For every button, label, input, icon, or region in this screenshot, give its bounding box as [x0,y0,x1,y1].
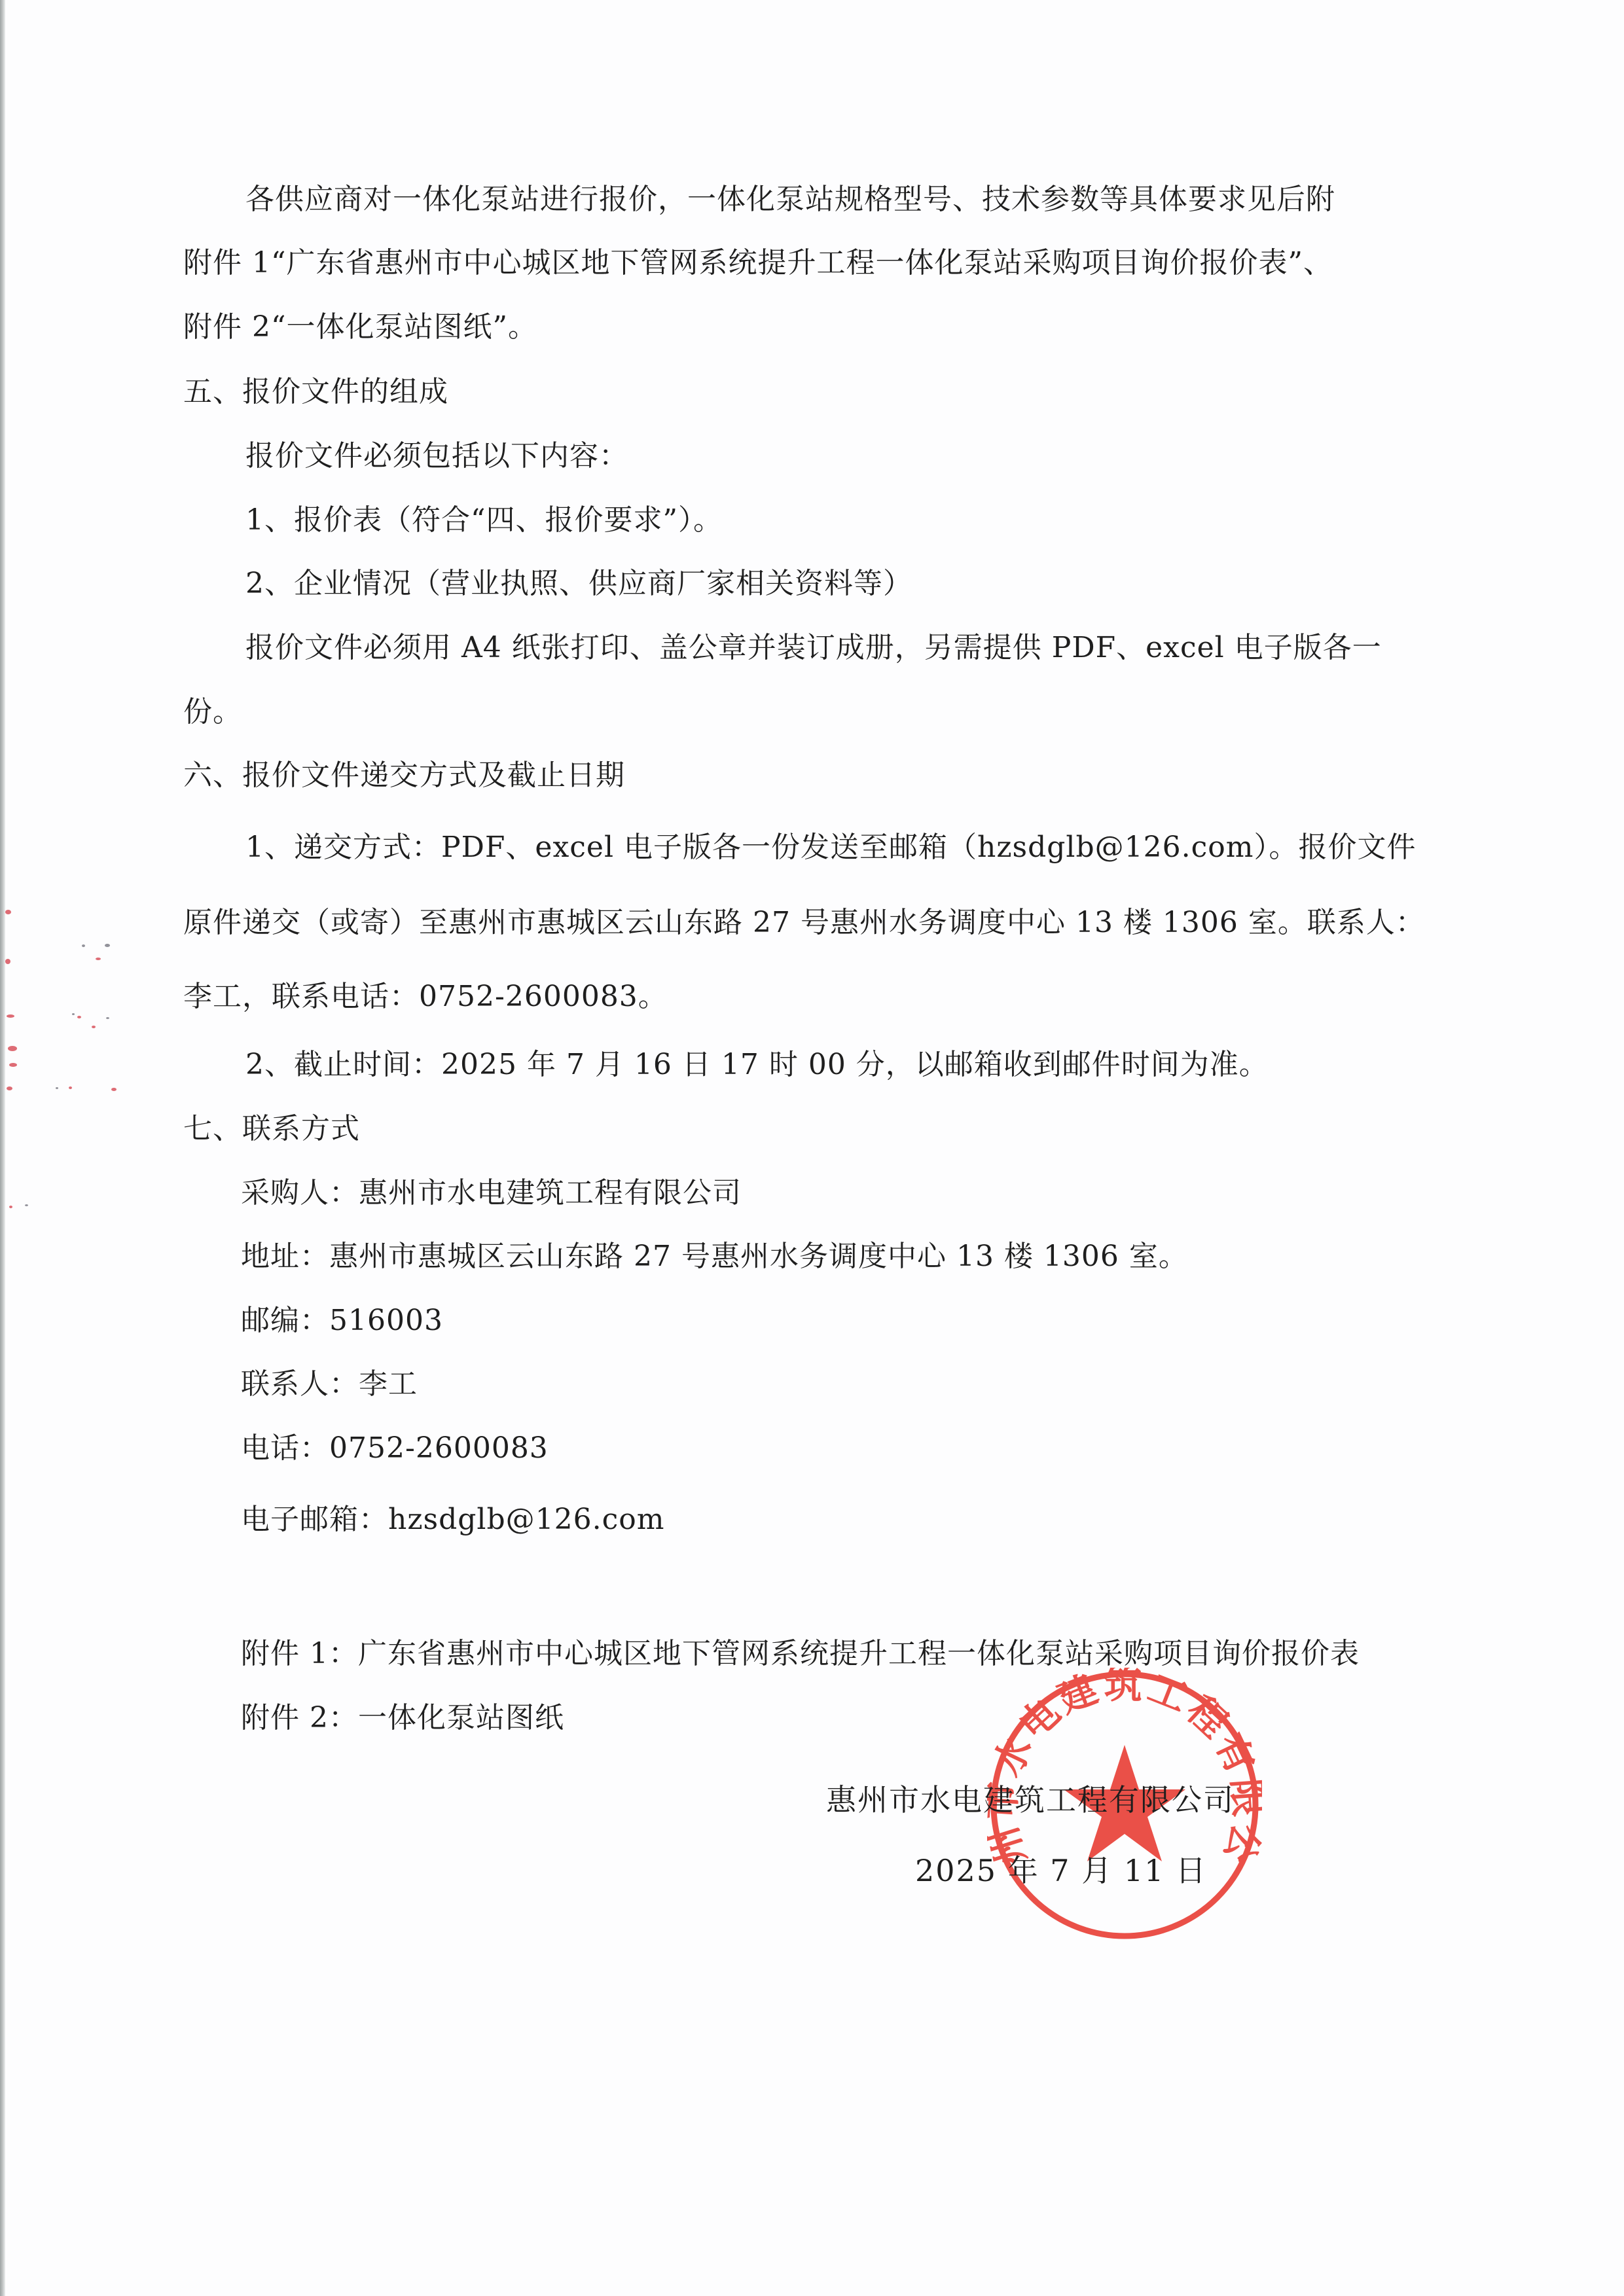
section-6-item-1-line-2: 原件递交（或寄）至惠州市惠城区云山东路 27 号惠州水务调度中心 13 楼 13… [183,903,1425,942]
section-6-item-1-line-3: 李工，联系电话：0752-2600083。 [183,977,668,1016]
section-6-item-1-line-1: 1、递交方式：PDF、excel 电子版各一份发送至邮箱（hzsdglb@126… [245,828,1416,867]
attachment-1: 附件 1：广东省惠州市中心城区地下管网系统提升工程一体化泵站采购项目询价报价表 [241,1634,1360,1674]
section-5-note-line-1: 报价文件必须用 A4 纸张打印、盖公章并装订成册，另需提供 PDF、excel … [245,628,1382,668]
scan-speck [5,910,11,914]
intro-line-2: 附件 1“广东省惠州市中心城区地下管网系统提升工程一体化泵站采购项目询价报价表”… [183,243,1333,283]
scan-speck [8,1046,17,1051]
document-page: 各供应商对一体化泵站进行报价，一体化泵站规格型号、技术参数等具体要求见后附 附件… [0,0,1624,2296]
section-7-heading: 七、联系方式 [183,1109,360,1149]
scan-speck [9,1206,12,1208]
scan-binding-edge [0,0,5,2296]
scan-speck [92,1026,96,1028]
scan-speck [9,1063,17,1067]
section-5-heading: 五、报价文件的组成 [183,372,448,412]
scan-speck [25,1204,28,1206]
section-5-note-line-2: 份。 [183,692,242,732]
scan-speck [82,944,85,947]
signature-date: 2025 年 7 月 11 日 [915,1851,1207,1890]
scan-speck [56,1087,58,1089]
section-5-item-1: 1、报价表（符合“四、报价要求”）。 [245,501,723,540]
signature-company: 惠州市水电建筑工程有限公司 [826,1780,1235,1820]
postcode-line: 邮编：516003 [241,1301,443,1340]
contact-person-line: 联系人：李工 [241,1365,418,1404]
phone-line: 电话：0752-2600083 [241,1429,549,1468]
scan-speck [72,1013,75,1015]
scan-speck [111,1088,117,1091]
section-5-item-2: 2、企业情况（营业执照、供应商厂家相关资料等） [245,564,912,603]
intro-line-1: 各供应商对一体化泵站进行报价，一体化泵站规格型号、技术参数等具体要求见后附 [245,180,1335,219]
scan-speck [7,1014,14,1018]
email-line: 电子邮箱：hzsdglb@126.com [241,1500,665,1539]
section-6-item-2: 2、截止时间：2025 年 7 月 16 日 17 时 00 分，以邮箱收到邮件… [245,1045,1269,1085]
scan-speck [106,1017,109,1019]
scan-speck [96,958,101,960]
scan-speck [105,944,110,947]
address-line: 地址：惠州市惠城区云山东路 27 号惠州水务调度中心 13 楼 1306 室。 [241,1237,1188,1276]
scan-speck [7,1086,12,1090]
section-6-heading: 六、报价文件递交方式及截止日期 [183,756,625,795]
scan-speck [69,1086,72,1089]
seal-text: 惠州市水电建筑工程有限公司 [987,1668,1262,1871]
section-5-lead: 报价文件必须包括以下内容： [245,437,628,476]
intro-line-3: 附件 2“一体化泵站图纸”。 [183,308,537,347]
attachment-2: 附件 2：一体化泵站图纸 [241,1698,564,1738]
scan-speck [77,1016,81,1018]
purchaser-line: 采购人：惠州市水电建筑工程有限公司 [241,1174,742,1213]
scan-speck [5,959,10,964]
